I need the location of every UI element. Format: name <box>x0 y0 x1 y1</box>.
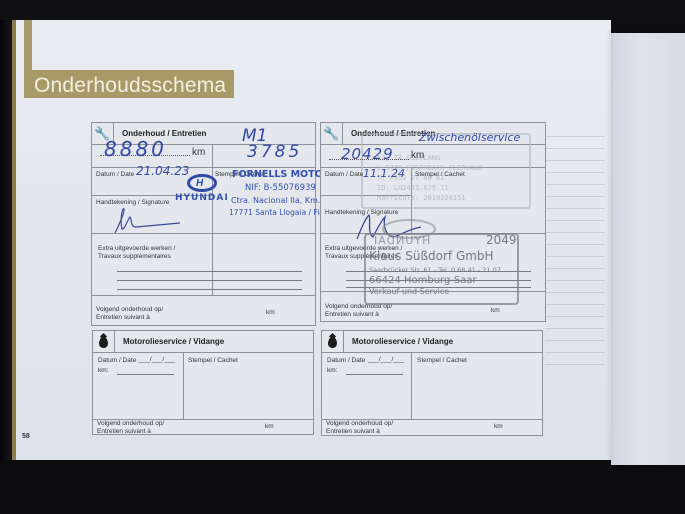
card-header-label: Motorolieservice / Vidange <box>352 337 453 346</box>
card-header: Motorolieservice / Vidange <box>322 331 542 353</box>
date-label: Datum / Date <box>325 171 363 179</box>
next-service-unit: km <box>265 423 274 431</box>
page-number: 58 <box>22 433 30 440</box>
extra-work-label-nl: Extra uitgevoerde werken / <box>98 245 175 253</box>
signature-scribble <box>110 205 190 235</box>
stamp-address-2: 66424 Homburg-Saar <box>369 275 477 286</box>
oil-drop-icon <box>322 331 344 353</box>
handwritten-date: 21.04.23 <box>136 164 189 178</box>
hyundai-logo: H <box>187 174 217 192</box>
date-placeholder: ___/___/___ <box>368 356 404 364</box>
wrench-icon: 🔧 <box>321 123 343 145</box>
stamp-label: Stempel / Cachet <box>415 171 465 179</box>
page-title: Onderhoudsschema <box>24 70 234 98</box>
oil-service-card-1: Motorolieservice / Vidange Datum / Date … <box>92 330 314 435</box>
stamp-company: Klaus Süßdorf GmbH <box>369 249 494 263</box>
show-through-text <box>545 125 605 435</box>
km-label: km: <box>98 367 108 375</box>
stamp-dealer-number: 2049 <box>486 233 517 247</box>
stamp-label: Stempel / Cachet <box>188 357 238 365</box>
page-fold <box>606 30 614 462</box>
next-service-label-nl: Volgend onderhoud op/ <box>326 420 393 428</box>
handwritten-date: 11.1.24 <box>363 167 405 180</box>
stamp-brand: HYUNDAI <box>373 234 430 247</box>
date-label: Datum / Date <box>96 171 134 179</box>
next-service-unit: km <box>494 423 503 431</box>
date-placeholder: ___/___/___ <box>139 356 175 364</box>
handwritten-km: 20429 <box>341 145 394 163</box>
handwritten-header-note: Zwischenölservice <box>419 131 520 144</box>
next-service-unit: km <box>491 307 500 315</box>
handwritten-km-note: 3785 <box>247 142 302 162</box>
next-service-label-fr: Entretien suivant à <box>325 311 379 319</box>
stamp-label: Stempel / Cachet <box>417 357 467 365</box>
next-service-label-fr: Entretien suivant à <box>96 314 150 322</box>
oil-service-card-2: Motorolieservice / Vidange Datum / Date … <box>321 330 543 436</box>
right-page <box>611 33 685 465</box>
stamp-brand: HYUNDAI <box>175 193 229 203</box>
oil-drop-icon <box>93 331 115 353</box>
stamp-tagline: Verkauf und Service <box>369 287 449 296</box>
extra-work-label-fr: Travaux supplémentaires <box>98 253 171 261</box>
date-label: Datum / Date <box>98 357 136 365</box>
next-service-label-nl: Volgend onderhoud op/ <box>96 306 163 314</box>
date-label: Datum / Date <box>327 357 365 365</box>
next-service-label-fr: Entretien suivant à <box>97 428 151 436</box>
next-service-label-fr: Entretien suivant à <box>326 428 380 436</box>
next-service-unit: km <box>266 309 275 317</box>
faded-stamp-line: Matricule: 2010228151 <box>377 193 525 203</box>
card-header-label: Motorolieservice / Vidange <box>123 337 224 346</box>
faded-stamp-line: 12, ZA GUIRLANG <box>377 153 525 163</box>
maintenance-card-2: 🔧 Onderhoud / Entretien 12, ZA GUIRLANG … <box>320 122 546 322</box>
maintenance-card-1: 🔧 Onderhoud / Entretien km Datum / Date … <box>91 122 316 326</box>
stamp-address-1: Saarbrücker Str. 61 - Tel. 0 68 41 - 21 … <box>369 266 501 274</box>
stamp-nif: NIF: B-55076939 <box>245 183 316 193</box>
card-header: Motorolieservice / Vidange <box>93 331 313 353</box>
km-label: km: <box>327 367 337 375</box>
faded-stamp-line: ID: LU2433.879.11 <box>377 183 525 193</box>
next-service-label-nl: Volgend onderhoud op/ <box>97 420 164 428</box>
km-unit: km <box>411 152 424 160</box>
handwritten-km: 8880 <box>104 137 167 161</box>
km-unit: km <box>192 149 205 157</box>
title-band-stub <box>24 20 32 72</box>
